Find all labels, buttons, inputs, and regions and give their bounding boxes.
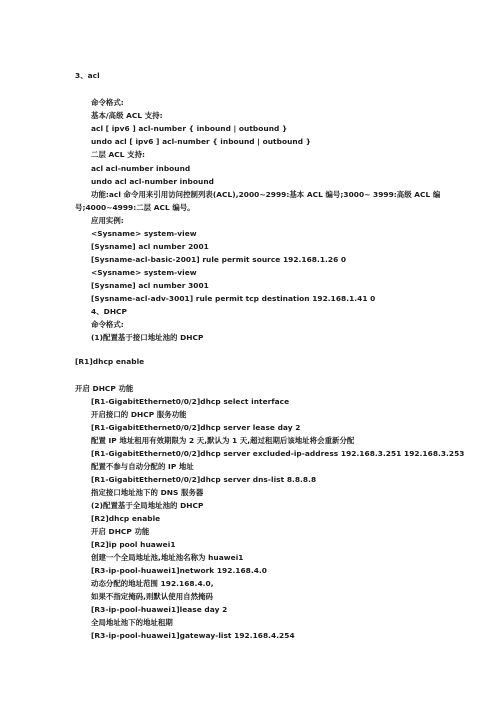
document-line: [Sysname-acl-basic-2001] rule permit sou… [91,255,346,265]
document-line: 开启接口的 DHCP 服务功能 [91,410,187,420]
document-line: 命令格式: [91,98,124,108]
document-line: 基本/高级 ACL 支持: [91,111,163,121]
document-line: (2)配置基于全局地址池的 DHCP [91,501,203,511]
document-line: [R1-GigabitEthernet0/0/2]dhcp select int… [91,397,289,407]
document-line: [R3-ip-pool-huawei1]network 192.168.4.0 [91,566,267,576]
document-line: [Sysname] acl number 2001 [91,242,209,252]
document-line: 配置不参与自动分配的 IP 地址 [91,462,194,472]
document-line: [R1-GigabitEthernet0/0/2]dhcp server exc… [91,449,465,459]
document-line: <Sysname> system-view [91,268,197,278]
document-line: 功能:acl 命令用来引用访问控制列表(ACL),2000~2999:基本 AC… [91,190,440,200]
document-line: [R2]dhcp enable [91,514,160,524]
document-line: [Sysname-acl-adv-3001] rule permit tcp d… [91,294,375,304]
document-line: 如果不指定掩码,则默认使用自然掩码 [91,592,213,602]
document-line: 创建一个全局地址池,地址池名称为 huawei1 [91,553,243,563]
document-line: [R2]ip pool huawei1 [91,540,176,550]
document-line: [R3-ip-pool-huawei1]lease day 2 [91,605,227,615]
document-line: [R1]dhcp enable [75,357,144,367]
document-line: [R1-GigabitEthernet0/0/2]dhcp server dns… [91,475,316,485]
document-line: 指定接口地址池下的 DNS 服务器 [91,488,203,498]
document-line: <Sysname> system-view [91,229,197,239]
document-line: acl [ ipv6 ] acl-number { inbound | outb… [91,124,287,134]
document-line: 3、acl [75,71,100,81]
document-line: 全局地址池下的地址租期 [91,618,173,628]
document-line: 命令格式: [91,320,124,330]
document-line: [R3-ip-pool-huawei1]gateway-list 192.168… [91,631,295,641]
document-line: 4、DHCP [91,307,127,317]
document-line: 配置 IP 地址租用有效期限为 2 天,默认为 1 天,超过租期后该地址将会重新… [91,436,354,446]
document-line: 开启 DHCP 功能 [75,384,133,394]
document-line: 应用实例: [91,216,124,226]
document-line: 号;4000~4999:二层 ACL 编号。 [75,203,195,213]
document-line: [Sysname] acl number 3001 [91,281,209,291]
document-line: 开启 DHCP 功能 [91,527,149,537]
document-line: [R1-GigabitEthernet0/0/2]dhcp server lea… [91,423,300,433]
document-line: 二层 ACL 支持: [91,150,145,160]
document-line: (1)配置基于接口地址池的 DHCP [91,333,203,343]
document-line: 动态分配的地址范围 192.168.4.0, [91,579,214,589]
document-line: undo acl [ ipv6 ] acl-number { inbound |… [91,137,311,147]
document-line: acl acl-number inbound [91,164,190,174]
document-line: undo acl acl-number inbound [91,177,214,187]
